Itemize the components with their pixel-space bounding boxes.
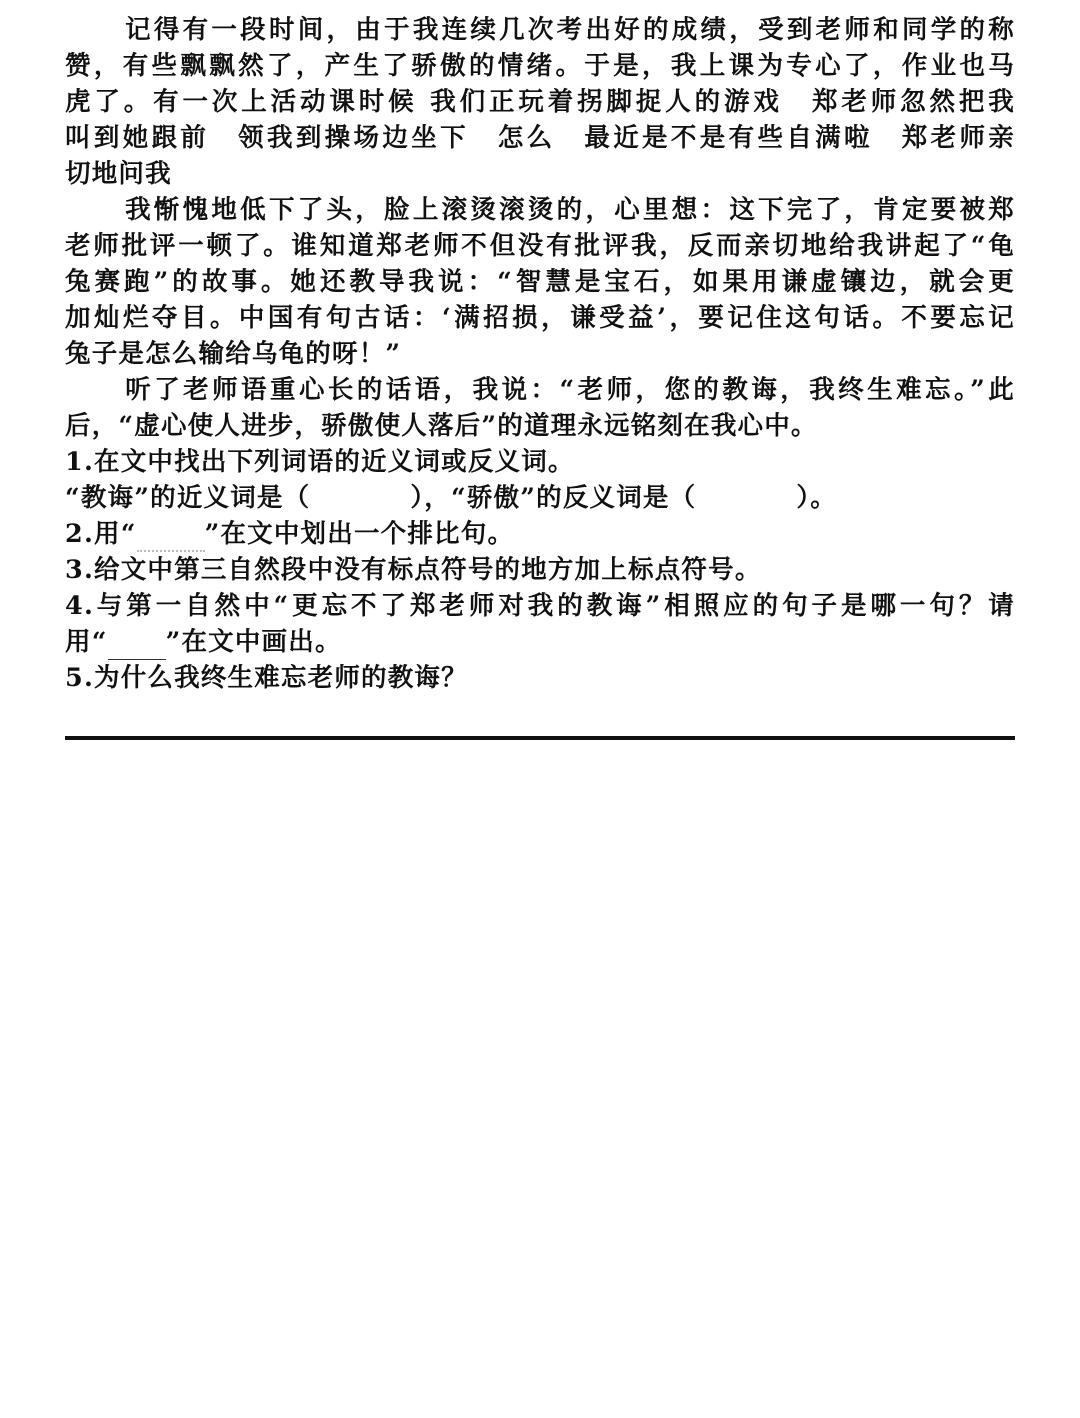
question-3: 3.给文中第三自然段中没有标点符号的地方加上标点符号。	[65, 552, 1015, 588]
question-text: 1.在文中找出下列词语的近义词或反义词。	[65, 447, 575, 477]
passage-line: 后，“虚心使人进步，骄傲使人落后”的道理永远铭刻在我心中。	[65, 408, 1015, 444]
passage-text: 兔子是怎么输给乌龟的呀！”	[65, 339, 401, 369]
passage-line: 兔子是怎么输给乌龟的呀！”	[65, 336, 1015, 372]
question-1-blanks: “教诲”的近义词是（），“骄傲”的反义词是（）。	[65, 480, 1015, 516]
question-4-line-1: 4.与第一自然中“更忘不了郑老师对我的教诲”相照应的句子是哪一句？请	[65, 588, 1015, 624]
passage-line: 虎了。有一次上活动课时候 我们正玩着拐脚捉人的游戏 郑老师忽然把我	[65, 84, 1015, 120]
passage-text: 赞，有些飘飘然了，产生了骄傲的情绪。于是，我上课为专心了，作业也马	[65, 51, 1015, 81]
question-4-line-2: 用“”在文中画出。	[65, 624, 1015, 660]
passage-text: 虎了。有一次上活动课时候 我们正玩着拐脚捉人的游戏 郑老师忽然把我	[65, 87, 1015, 117]
question-text: ”在文中划出一个排比句。	[205, 519, 515, 549]
passage-line: 记得有一段时间，由于我连续几次考出好的成绩，受到老师和同学的称	[65, 12, 1015, 48]
solid-underline-mark	[108, 629, 166, 660]
question-text: ”在文中画出。	[166, 627, 342, 657]
passage-text: 兔赛跑”的故事。她还教导我说：“智慧是宝石，如果用谦虚镶边，就会更	[65, 267, 1015, 297]
passage-text: 加灿烂夺目。中国有句古话：‘满招损，谦受益’，要记住这句话。不要忘记	[65, 303, 1015, 333]
passage-line: 兔赛跑”的故事。她还教导我说：“智慧是宝石，如果用谦虚镶边，就会更	[65, 264, 1015, 300]
question-text: ）。	[796, 483, 837, 513]
passage-text: 听了老师语重心长的话语，我说：“老师，您的教诲，我终生难忘。”此	[123, 375, 1015, 405]
passage-text: 切地问我	[65, 159, 172, 189]
passage-line: 叫到她跟前 领我到操场边坐下 怎么 最近是不是有些自满啦 郑老师亲	[65, 120, 1015, 156]
passage-text: 记得有一段时间，由于我连续几次考出好的成绩，受到老师和同学的称	[123, 15, 1015, 45]
passage-line: 切地问我	[65, 156, 1015, 192]
dotted-underline-mark	[137, 520, 205, 552]
passage-text: 老师批评一顿了。谁知道郑老师不但没有批评我，反而亲切地给我讲起了“龟	[65, 231, 1015, 261]
passage-text: 我惭愧地低下了头，脸上滚烫滚烫的，心里想：这下完了，肯定要被郑	[123, 195, 1015, 225]
question-5: 5.为什么我终生难忘老师的教诲？	[65, 660, 1015, 696]
question-text: 3.给文中第三自然段中没有标点符号的地方加上标点符号。	[65, 555, 762, 585]
passage-line: 听了老师语重心长的话语，我说：“老师，您的教诲，我终生难忘。”此	[65, 372, 1015, 408]
passage-line: 加灿烂夺目。中国有句古话：‘满招损，谦受益’，要记住这句话。不要忘记	[65, 300, 1015, 336]
passage-line: 我惭愧地低下了头，脸上滚烫滚烫的，心里想：这下完了，肯定要被郑	[65, 192, 1015, 228]
passage-text: 后，“虚心使人进步，骄傲使人落后”的道理永远铭刻在我心中。	[65, 411, 818, 441]
question-1-title: 1.在文中找出下列词语的近义词或反义词。	[65, 444, 1015, 480]
passage-line: 老师批评一顿了。谁知道郑老师不但没有批评我，反而亲切地给我讲起了“龟	[65, 228, 1015, 264]
worksheet-page: 记得有一段时间，由于我连续几次考出好的成绩，受到老师和同学的称 赞，有些飘飘然了…	[65, 12, 1015, 696]
question-text: 5.为什么我终生难忘老师的教诲？	[65, 663, 468, 693]
question-2: 2.用“”在文中划出一个排比句。	[65, 516, 1015, 552]
question-text: ），“骄傲”的反义词是（	[410, 483, 696, 513]
question-text: “教诲”的近义词是（	[65, 483, 310, 513]
passage-line: 赞，有些飘飘然了，产生了骄傲的情绪。于是，我上课为专心了，作业也马	[65, 48, 1015, 84]
answer-line[interactable]	[65, 736, 1015, 740]
question-text: 用“	[65, 627, 108, 657]
question-text: 2.用“	[65, 519, 137, 549]
question-text: 4.与第一自然中“更忘不了郑老师对我的教诲”相照应的句子是哪一句？请	[65, 591, 1015, 621]
passage-text: 叫到她跟前 领我到操场边坐下 怎么 最近是不是有些自满啦 郑老师亲	[65, 123, 1015, 153]
